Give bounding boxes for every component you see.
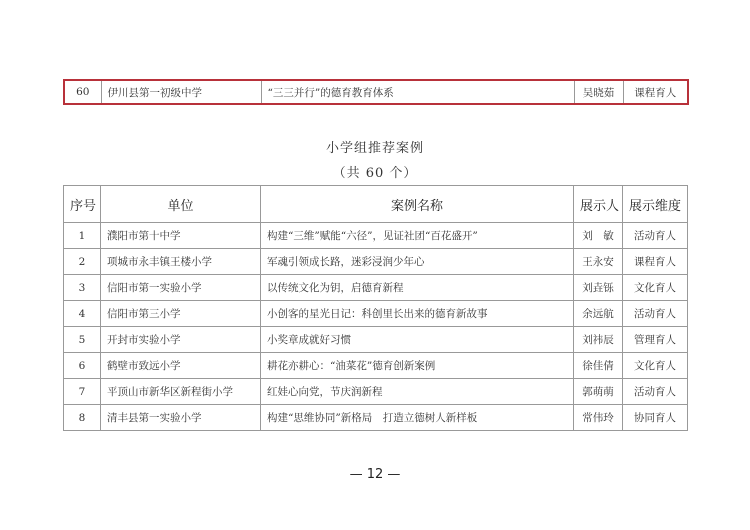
- row-number: 1: [64, 223, 101, 249]
- presenter-cell: 郭萌萌: [574, 379, 623, 405]
- presenter-cell: 刘祎辰: [574, 327, 623, 353]
- table-row: 3 信阳市第一实验小学 以传统文化为钥，启德育新程 刘垚铄 文化育人: [64, 275, 688, 301]
- case-cell: 构建“思维协同”新格局 打造立德树人新样板: [261, 405, 574, 431]
- row-number: 5: [64, 327, 101, 353]
- dimension-cell: 课程育人: [623, 249, 688, 275]
- row-number: 6: [64, 353, 101, 379]
- case-cell: 耕花亦耕心：“油菜花”德育创新案例: [261, 353, 574, 379]
- header-number: 序号: [64, 186, 101, 223]
- unit-cell: 项城市永丰镇王楼小学: [101, 249, 261, 275]
- case-cell: 军魂引领成长路，迷彩浸润少年心: [261, 249, 574, 275]
- unit-cell: 濮阳市第十中学: [101, 223, 261, 249]
- table-header-row: 序号 单位 案例名称 展示人 展示维度: [64, 186, 688, 223]
- case-cell: 以传统文化为钥，启德育新程: [261, 275, 574, 301]
- section-subtitle: （共 60 个）: [0, 162, 750, 181]
- header-dimension: 展示维度: [623, 186, 688, 223]
- section-title: 小学组推荐案例: [0, 137, 750, 156]
- dimension-cell: 活动育人: [623, 379, 688, 405]
- table-row: 6 鹤壁市致远小学 耕花亦耕心：“油菜花”德育创新案例 徐佳倩 文化育人: [64, 353, 688, 379]
- row-number: 7: [64, 379, 101, 405]
- presenter-cell: 余远航: [574, 301, 623, 327]
- table-row: 7 平顶山市新华区新程街小学 红娃心向党，节庆润新程 郭萌萌 活动育人: [64, 379, 688, 405]
- table-row: 4 信阳市第三小学 小创客的星光日记：科创里长出来的德育新故事 余远航 活动育人: [64, 301, 688, 327]
- case-cell: 小创客的星光日记：科创里长出来的德育新故事: [261, 301, 574, 327]
- dimension-cell: 活动育人: [623, 301, 688, 327]
- table-row: 60 伊川县第一初级中学 “三三并行”的德育教育体系 吴晓茹 课程育人: [64, 80, 688, 104]
- table-row: 2 项城市永丰镇王楼小学 军魂引领成长路，迷彩浸润少年心 王永安 课程育人: [64, 249, 688, 275]
- presenter-cell: 徐佳倩: [574, 353, 623, 379]
- row-number: 60: [64, 80, 101, 104]
- unit-cell: 伊川县第一初级中学: [101, 80, 261, 104]
- header-presenter: 展示人: [574, 186, 623, 223]
- case-cell: 小奖章成就好习惯: [261, 327, 574, 353]
- case-cell: 构建“三维”赋能“六径”，见证社团“百花盛开”: [261, 223, 574, 249]
- row-number: 4: [64, 301, 101, 327]
- presenter-cell: 吴晓茹: [574, 80, 623, 104]
- row-number: 8: [64, 405, 101, 431]
- row-number: 2: [64, 249, 101, 275]
- presenter-cell: 常伟玲: [574, 405, 623, 431]
- cases-table: 序号 单位 案例名称 展示人 展示维度 1 濮阳市第十中学 构建“三维”赋能“六…: [63, 185, 688, 431]
- header-case: 案例名称: [261, 186, 574, 223]
- dimension-cell: 活动育人: [623, 223, 688, 249]
- presenter-cell: 王永安: [574, 249, 623, 275]
- table-row: 8 清丰县第一实验小学 构建“思维协同”新格局 打造立德树人新样板 常伟玲 协同…: [64, 405, 688, 431]
- presenter-cell: 刘垚铄: [574, 275, 623, 301]
- header-unit: 单位: [101, 186, 261, 223]
- unit-cell: 鹤壁市致远小学: [101, 353, 261, 379]
- dimension-cell: 课程育人: [623, 80, 688, 104]
- unit-cell: 开封市实验小学: [101, 327, 261, 353]
- dimension-cell: 文化育人: [623, 353, 688, 379]
- unit-cell: 信阳市第三小学: [101, 301, 261, 327]
- presenter-cell: 刘 敏: [574, 223, 623, 249]
- page-number: — 12 —: [0, 467, 750, 482]
- row-number: 3: [64, 275, 101, 301]
- dimension-cell: 协同育人: [623, 405, 688, 431]
- previous-table-tail: 60 伊川县第一初级中学 “三三并行”的德育教育体系 吴晓茹 课程育人: [63, 79, 689, 105]
- case-cell: 红娃心向党，节庆润新程: [261, 379, 574, 405]
- table-row: 5 开封市实验小学 小奖章成就好习惯 刘祎辰 管理育人: [64, 327, 688, 353]
- unit-cell: 平顶山市新华区新程街小学: [101, 379, 261, 405]
- unit-cell: 清丰县第一实验小学: [101, 405, 261, 431]
- unit-cell: 信阳市第一实验小学: [101, 275, 261, 301]
- case-cell: “三三并行”的德育教育体系: [261, 80, 574, 104]
- dimension-cell: 管理育人: [623, 327, 688, 353]
- dimension-cell: 文化育人: [623, 275, 688, 301]
- table-row: 1 濮阳市第十中学 构建“三维”赋能“六径”，见证社团“百花盛开” 刘 敏 活动…: [64, 223, 688, 249]
